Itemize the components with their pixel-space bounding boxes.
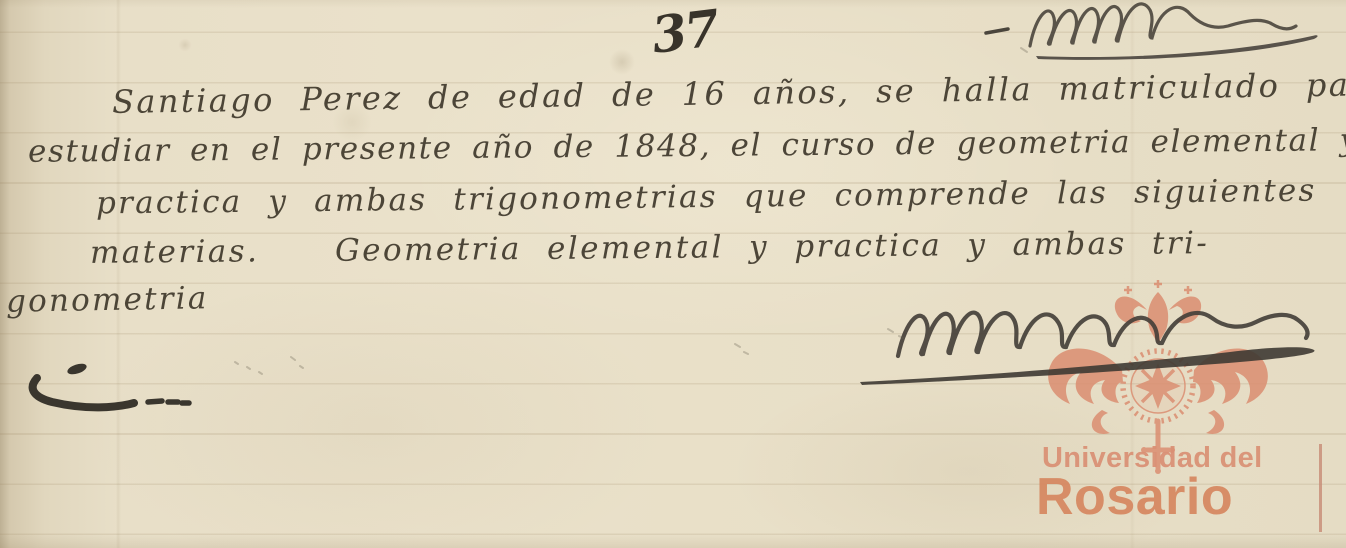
signature-top-rubric-icon: [986, 4, 1318, 60]
ink-flourish-mark-icon: [33, 362, 189, 408]
manuscript-page: 37 Santiago Perez de edad de 16 años, se…: [0, 0, 1346, 548]
manuscript-line-4: materias. Geometria elemental y practica…: [90, 225, 1210, 271]
manuscript-line-5: gonometria: [6, 280, 209, 320]
manuscript-line-2: estudiar en el presente año de 1848, el …: [28, 122, 1346, 170]
signature-middle-rubric-icon: [860, 313, 1315, 385]
watermark-wordmark-line2: Rosario: [1036, 470, 1233, 525]
manuscript-line-3: practica y ambas trigonometrias que comp…: [96, 173, 1317, 222]
manuscript-line-1: Santiago Perez de edad de 16 años, se ha…: [112, 65, 1346, 121]
page-number: 37: [649, 0, 721, 65]
watermark-divider-bar: [1319, 444, 1322, 532]
